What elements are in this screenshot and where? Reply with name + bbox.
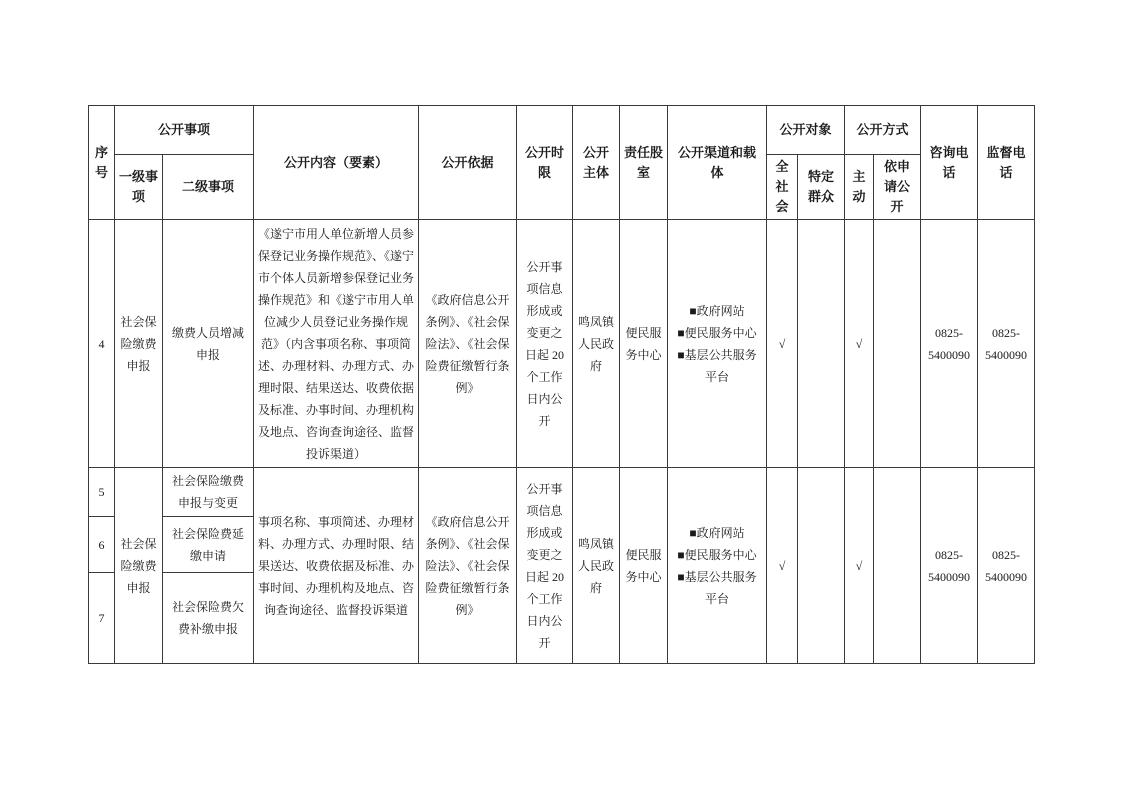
cell-level1-item: 社会保险缴费申报 [115, 220, 163, 468]
col-header-office: 责任股室 [620, 106, 668, 220]
cell-serial: 7 [89, 573, 115, 664]
col-header-content: 公开内容（要素） [254, 106, 419, 220]
channel-item: ■政府网站 [672, 300, 762, 322]
table-row-5: 5 社会保险缴费申报 社会保险缴费申报与变更 事项名称、事项简述、办理材料、办理… [89, 468, 1035, 517]
col-header-specific-groups: 特定群众 [798, 155, 845, 220]
channel-item: ■基层公共服务平台 [672, 566, 762, 610]
cell-consult-phone: 0825-5400090 [921, 220, 978, 468]
cell-serial: 5 [89, 468, 115, 517]
cell-consult-phone: 0825-5400090 [921, 468, 978, 664]
col-header-on-request: 依申请公开 [874, 155, 921, 220]
cell-channels: ■政府网站 ■便民服务中心 ■基层公共服务平台 [668, 468, 767, 664]
cell-level2-item: 缴费人员增减申报 [163, 220, 254, 468]
col-header-public-items: 公开事项 [115, 106, 254, 155]
col-header-methods: 公开方式 [845, 106, 921, 155]
cell-active-check: √ [845, 220, 874, 468]
cell-supervise-phone: 0825-5400090 [978, 468, 1035, 664]
col-header-level2-item: 二级事项 [163, 155, 254, 220]
cell-specific-groups-check [798, 468, 845, 664]
cell-on-request-check [874, 468, 921, 664]
table-body: 4 社会保险缴费申报 缴费人员增减申报 《遂宁市用人单位新增人员参保登记业务操作… [89, 220, 1035, 664]
cell-level2-item: 社会保险费延缴申请 [163, 517, 254, 573]
cell-content-elements: 事项名称、事项简述、办理材料、办理方式、办理时限、结果送达、收费依据及标准、办事… [254, 468, 419, 664]
table-row-4: 4 社会保险缴费申报 缴费人员增减申报 《遂宁市用人单位新增人员参保登记业务操作… [89, 220, 1035, 468]
col-header-channels: 公开渠道和载体 [668, 106, 767, 220]
cell-specific-groups-check [798, 220, 845, 468]
cell-whole-society-check: √ [767, 220, 798, 468]
cell-basis: 《政府信息公开条例》、《社会保险法》、《社会保险费征缴暂行条例》 [419, 220, 517, 468]
table-header: 序号 公开事项 公开内容（要素） 公开依据 公开时限 公开主体 责任股室 公开渠… [89, 106, 1035, 220]
cell-active-check: √ [845, 468, 874, 664]
cell-office: 便民服务中心 [620, 220, 668, 468]
cell-channels: ■政府网站 ■便民服务中心 ■基层公共服务平台 [668, 220, 767, 468]
channel-item: ■便民服务中心 [672, 322, 762, 344]
cell-office: 便民服务中心 [620, 468, 668, 664]
col-header-whole-society: 全社会 [767, 155, 798, 220]
cell-serial: 4 [89, 220, 115, 468]
cell-basis: 《政府信息公开条例》、《社会保险法》、《社会保险费征缴暂行条例》 [419, 468, 517, 664]
col-header-time-limit: 公开时限 [517, 106, 573, 220]
disclosure-items-table: 序号 公开事项 公开内容（要素） 公开依据 公开时限 公开主体 责任股室 公开渠… [88, 105, 1035, 664]
cell-content-elements: 《遂宁市用人单位新增人员参保登记业务操作规范》、《遂宁市个体人员新增参保登记业务… [254, 220, 419, 468]
document-page: 序号 公开事项 公开内容（要素） 公开依据 公开时限 公开主体 责任股室 公开渠… [0, 0, 1122, 793]
cell-whole-society-check: √ [767, 468, 798, 664]
channel-item: ■便民服务中心 [672, 544, 762, 566]
channel-item: ■政府网站 [672, 522, 762, 544]
col-header-consult-phone: 咨询电话 [921, 106, 978, 220]
col-header-active: 主动 [845, 155, 874, 220]
cell-supervise-phone: 0825-5400090 [978, 220, 1035, 468]
col-header-level1-item: 一级事项 [115, 155, 163, 220]
cell-level1-item: 社会保险缴费申报 [115, 468, 163, 664]
col-header-targets: 公开对象 [767, 106, 845, 155]
col-header-subject: 公开主体 [573, 106, 620, 220]
channel-item: ■基层公共服务平台 [672, 344, 762, 388]
cell-level2-item: 社会保险缴费申报与变更 [163, 468, 254, 517]
cell-subject: 鸣凤镇人民政府 [573, 468, 620, 664]
cell-level2-item: 社会保险费欠费补缴申报 [163, 573, 254, 664]
cell-time-limit: 公开事项信息形成或变更之日起 20 个工作日内公开 [517, 220, 573, 468]
cell-subject: 鸣凤镇人民政府 [573, 220, 620, 468]
col-header-supervise-phone: 监督电话 [978, 106, 1035, 220]
cell-time-limit: 公开事项信息形成或变更之日起 20 个工作日内公开 [517, 468, 573, 664]
col-header-basis: 公开依据 [419, 106, 517, 220]
col-header-serial: 序号 [89, 106, 115, 220]
cell-on-request-check [874, 220, 921, 468]
cell-serial: 6 [89, 517, 115, 573]
